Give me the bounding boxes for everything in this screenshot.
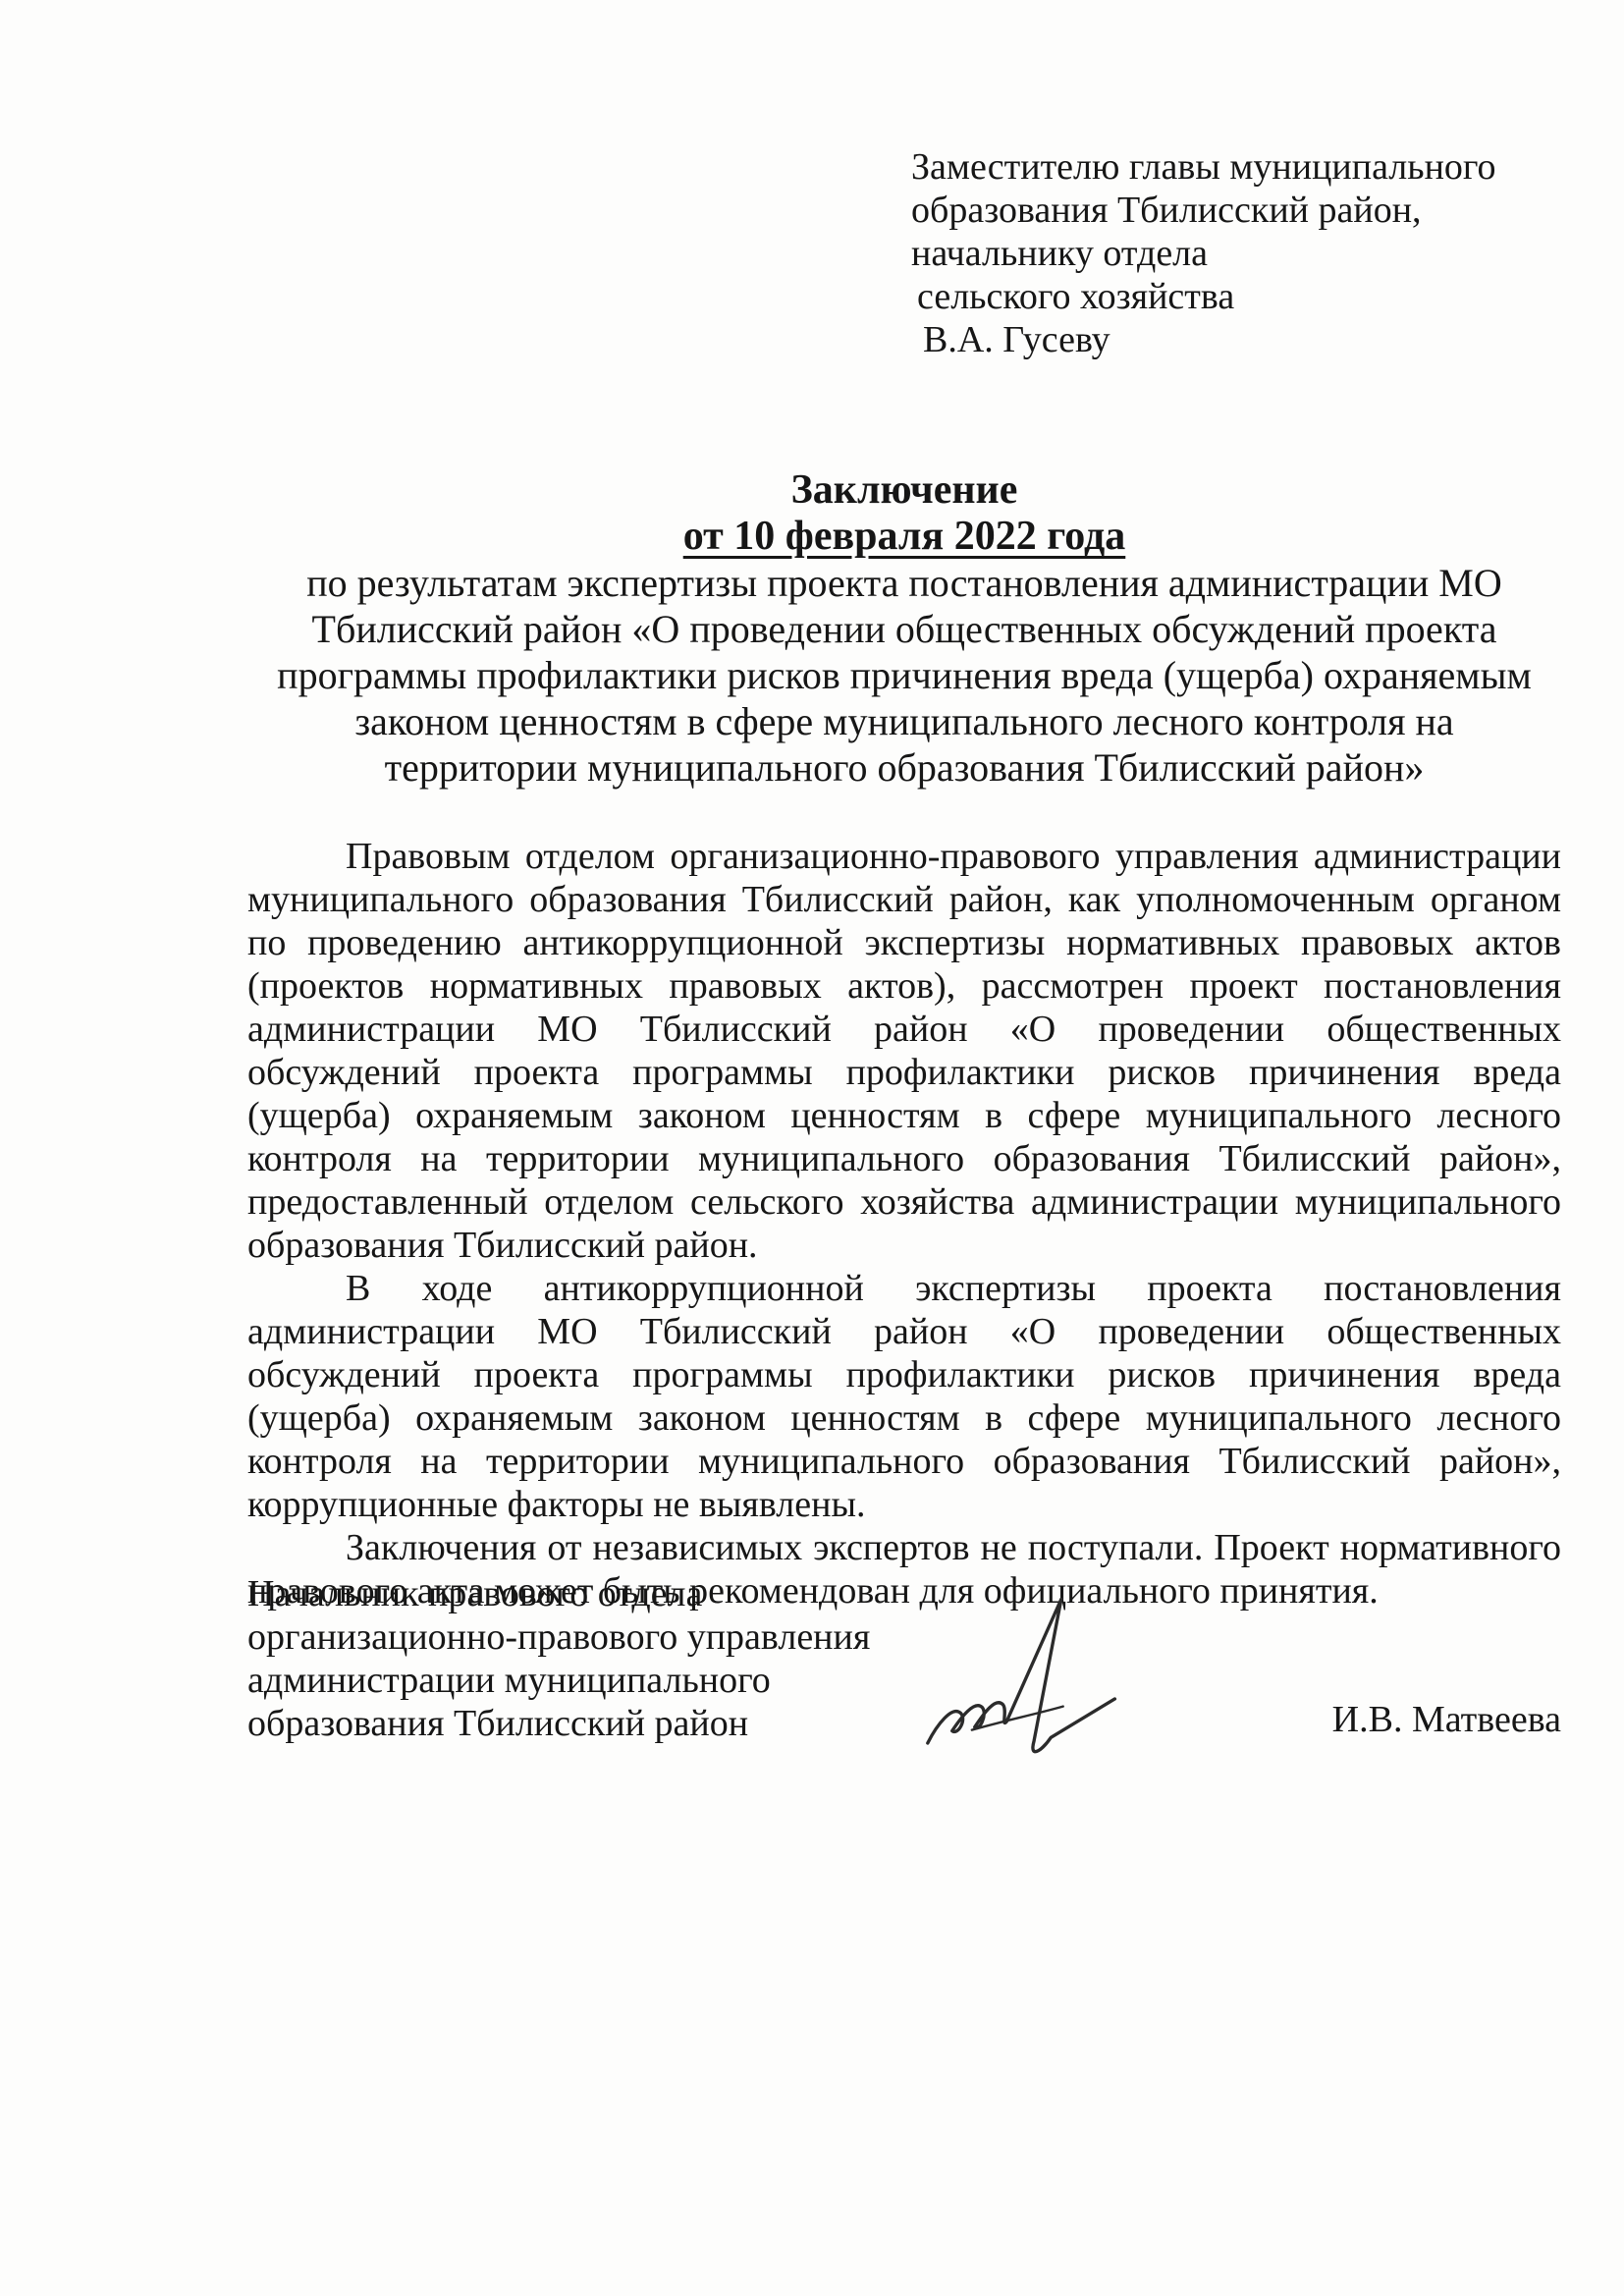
body-paragraph: Правовым отделом организационно-правовог… (247, 835, 1561, 1267)
addressee-line: образования Тбилисский район, (911, 189, 1500, 232)
signer-name: И.В. Матвеева (1332, 1698, 1561, 1741)
scanned-document-page: Заместителю главы муниципального образов… (0, 0, 1624, 2296)
signer-position-block: Начальник правового отдела организационн… (247, 1572, 870, 1745)
document-subtitle-line: программы профилактики рисков причинения… (247, 652, 1561, 698)
document-subtitle-line: по результатам экспертизы проекта постан… (247, 560, 1561, 606)
handwritten-signature (918, 1587, 1129, 1766)
signer-position-line: организационно-правового управления (247, 1615, 870, 1659)
signer-position-line: образования Тбилисский район (247, 1702, 870, 1745)
document-subtitle-line: Тбилисский район «О проведении обществен… (247, 606, 1561, 652)
document-title-block: Заключение от 10 февраля 2022 года по ре… (247, 467, 1561, 791)
document-subtitle-line: законом ценностям в сфере муниципального… (247, 698, 1561, 744)
body-paragraph: В ходе антикоррупционной экспертизы прое… (247, 1267, 1561, 1526)
signer-position-line: Начальник правового отдела (247, 1572, 870, 1615)
addressee-line: Заместителю главы муниципального (911, 145, 1500, 189)
addressee-name: В.А. Гусеву (911, 318, 1500, 361)
signer-position-line: администрации муниципального (247, 1659, 870, 1702)
document-date: от 10 февраля 2022 года (247, 514, 1561, 560)
addressee-block: Заместителю главы муниципального образов… (911, 145, 1500, 361)
signoff-block: Начальник правового отдела организационн… (247, 1572, 1561, 1798)
document-title: Заключение (247, 467, 1561, 514)
addressee-line: сельского хозяйства (911, 275, 1500, 318)
addressee-line: начальнику отдела (911, 232, 1500, 275)
document-subtitle-line: территории муниципального образования Тб… (247, 744, 1561, 791)
document-body: Правовым отделом организационно-правовог… (247, 835, 1561, 1613)
